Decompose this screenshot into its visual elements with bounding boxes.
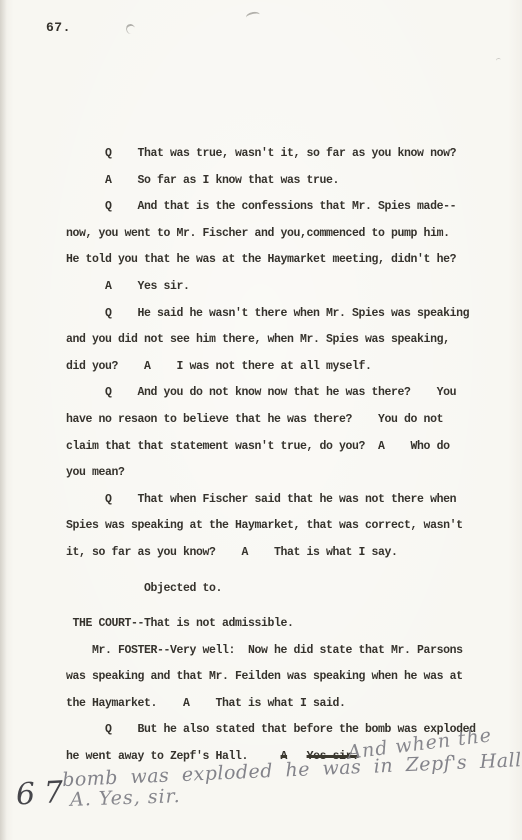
page-edge-shadow [0, 0, 7, 840]
typed-text: was speaking and that Mr. Feilden was sp… [66, 670, 463, 683]
typed-text: the Haymarket. A That is what I said. [66, 697, 346, 710]
handwritten-annotation-line-3: A. Yes, sir. [70, 785, 181, 811]
typed-text: Spies was speaking at the Haymarket, tha… [66, 519, 463, 532]
smudge-mark [496, 58, 502, 64]
typed-text: claim that that statement wasn't true, d… [66, 440, 450, 453]
typed-line: the Haymarket. A That is what I said. [66, 691, 506, 718]
typed-line: Mr. FOSTER--Very well: Now he did state … [66, 638, 506, 665]
typed-text: Q And that is the confessions that Mr. S… [66, 200, 456, 213]
typed-line: Q And that is the confessions that Mr. S… [66, 194, 506, 221]
typed-text: it, so far as you know? A That is what I… [66, 546, 398, 559]
typed-line: Q And you do not know now that he was th… [66, 380, 506, 407]
smudge-mark [125, 23, 136, 35]
typed-text: A So far as I know that was true. [66, 174, 339, 187]
typed-text: He told you that he was at the Haymarket… [66, 253, 456, 266]
typed-line: did you? A I was not there at all myself… [66, 354, 506, 381]
typed-text: Mr. FOSTER--Very well: Now he did state … [66, 644, 463, 657]
typed-text: did you? A I was not there at all myself… [66, 360, 372, 373]
typed-line: was speaking and that Mr. Feilden was sp… [66, 664, 506, 691]
typed-line: He told you that he was at the Haymarket… [66, 247, 506, 274]
typed-text: Objected to. [66, 582, 222, 595]
typed-text: Q That was true, wasn't it, so far as yo… [66, 147, 456, 160]
typed-text: and you did not see him there, when Mr. … [66, 333, 450, 346]
page-number-top: 67. [46, 20, 71, 35]
typed-text: Q He said he wasn't there when Mr. Spies… [66, 307, 469, 320]
typed-text: now, you went to Mr. Fischer and you,com… [66, 227, 450, 240]
typed-line: Q That was true, wasn't it, so far as yo… [66, 141, 506, 168]
typed-line: Objected to. [66, 576, 506, 603]
typed-text: THE COURT--That is not admissible. [66, 617, 294, 630]
typed-text: you mean? [66, 466, 125, 479]
typed-line: Q That when Fischer said that he was not… [66, 487, 506, 514]
document-page: 67. Q That was true, wasn't it, so far a… [0, 0, 522, 840]
typed-line: now, you went to Mr. Fischer and you,com… [66, 221, 506, 248]
typed-text: A Yes sir. [66, 280, 190, 293]
typed-line: THE COURT--That is not admissible. [66, 611, 506, 638]
typed-text: have no resaon to believe that he was th… [66, 413, 443, 426]
typed-line: Spies was speaking at the Haymarket, tha… [66, 513, 506, 540]
typed-line: have no resaon to believe that he was th… [66, 407, 506, 434]
typed-line: it, so far as you know? A That is what I… [66, 540, 506, 567]
page-number-bottom-handwritten: 67 [15, 775, 73, 813]
smudge-mark [245, 11, 260, 22]
typed-text: Q And you do not know now that he was th… [66, 386, 456, 399]
typed-text: Q That when Fischer said that he was not… [66, 493, 456, 506]
typed-line: Q He said he wasn't there when Mr. Spies… [66, 301, 506, 328]
typed-line: A Yes sir. [66, 274, 506, 301]
typed-text-block: Q That was true, wasn't it, so far as yo… [66, 141, 506, 771]
typed-line: A So far as I know that was true. [66, 168, 506, 195]
typed-line: you mean? [66, 460, 506, 487]
typed-line: claim that that statement wasn't true, d… [66, 434, 506, 461]
typed-line: and you did not see him there, when Mr. … [66, 327, 506, 354]
